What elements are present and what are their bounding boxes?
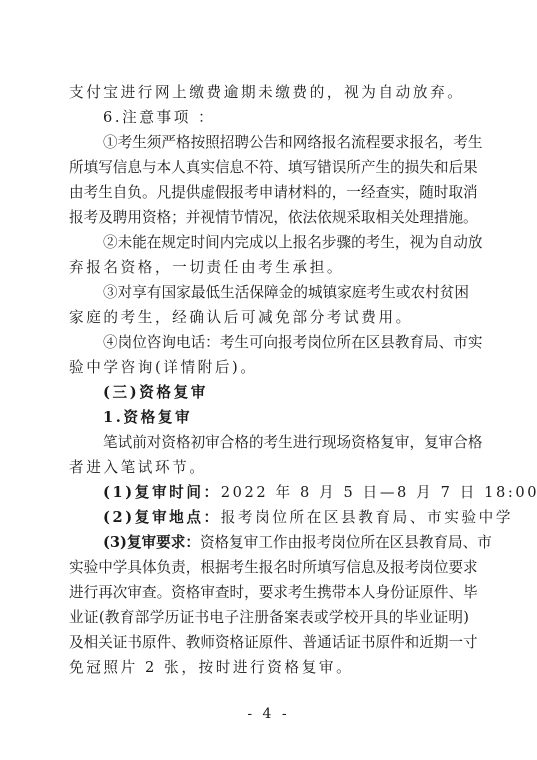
bold-heading: (1)复审时间： [103,484,221,501]
text-line: 1.资格复审 [69,405,469,430]
line-text: 资格复审工作由报考岗位所在区县教育局、市 [200,534,492,551]
text-line: 由考生自负。凡提供虚假报考申请材料的，一经查实，随时取消 [69,180,469,205]
bold-heading: 1.资格复审 [103,409,192,426]
text-line: (3)复审要求：资格复审工作由报考岗位所在区县教育局、市 [69,530,469,555]
line-text: 报考岗位所在区县教育局、市实验中学 [221,509,513,526]
line-text: 验中学咨询(详情附后)。 [69,359,258,376]
line-text: 进行再次审查。资格审查时，要求考生携带本人身份证原件、毕 [69,584,478,601]
text-line: 支付宝进行网上缴费逾期未缴费的，视为自动放弃。 [69,80,469,105]
line-text: 及相关证书原件、教师资格证原件、普通话证书原件和近期一寸 [69,634,478,651]
text-line: ①考生须严格按照招聘公告和网络报名流程要求报名，考生 [69,130,469,155]
line-text: 家庭的考生，经确认后可减免部分考试费用。 [69,309,413,326]
line-text: 弃报名资格，一切责任由考生承担。 [69,259,344,276]
document-body: 支付宝进行网上缴费逾期未缴费的，视为自动放弃。6.注意事项 ：①考生须严格按照招… [69,80,469,680]
line-text: 6.注意事项 ： [103,109,215,126]
text-line: ④岗位咨询电话：考生可向报考岗位所在区县教育局、市实 [69,330,469,355]
text-line: 家庭的考生，经确认后可减免部分考试费用。 [69,305,469,330]
line-text: ②未能在规定时间内完成以上报名步骤的考生，视为自动放 [103,234,482,251]
line-text: 由考生自负。凡提供虚假报考申请材料的，一经查实，随时取消 [69,184,478,201]
line-text: 者进入笔试环节。 [69,459,207,476]
line-text: ④岗位咨询电话：考生可向报考岗位所在区县教育局、市实 [103,334,482,351]
text-line: 进行再次审查。资格审查时，要求考生携带本人身份证原件、毕 [69,580,469,605]
text-line: 报考及聘用资格；并视情节情况，依法依规采取相关处理措施。 [69,205,469,230]
line-text: ①考生须严格按照招聘公告和网络报名流程要求报名，考生 [103,134,482,151]
text-line: 及相关证书原件、教师资格证原件、普通话证书原件和近期一寸 [69,630,469,655]
text-line: (三)资格复审 [69,380,469,405]
text-line: 业证(教育部学历证书电子注册备案表或学校开具的毕业证明) [69,605,469,630]
text-line: 所填写信息与本人真实信息不符、填写错误所产生的损失和后果 [69,155,469,180]
text-line: 实验中学具体负责，根据考生报名时所填写信息及报考岗位要求 [69,555,469,580]
line-text: 实验中学具体负责，根据考生报名时所填写信息及报考岗位要求 [69,559,478,576]
line-text: ③对享有国家最低生活保障金的城镇家庭考生或农村贫困 [103,284,469,301]
text-line: (1)复审时间：2022 年 8 月 5 日—8 月 7 日 18:00 前 [69,480,469,505]
page-number: - 4 - [0,706,537,722]
line-text: 免冠照片 2 张，按时进行资格复审。 [69,659,353,676]
line-text: 支付宝进行网上缴费逾期未缴费的，视为自动放弃。 [69,84,464,101]
text-line: 笔试前对资格初审合格的考生进行现场资格复审，复审合格 [69,430,469,455]
text-line: ②未能在规定时间内完成以上报名步骤的考生，视为自动放 [69,230,469,255]
text-line: 免冠照片 2 张，按时进行资格复审。 [69,655,469,680]
line-text: 业证(教育部学历证书电子注册备案表或学校开具的毕业证明) [69,609,469,626]
bold-heading: (3)复审要求： [103,534,200,551]
text-line: 弃报名资格，一切责任由考生承担。 [69,255,469,280]
text-line: 6.注意事项 ： [69,105,469,130]
line-text: 所填写信息与本人真实信息不符、填写错误所产生的损失和后果 [69,159,478,176]
text-line: (2)复审地点：报考岗位所在区县教育局、市实验中学 [69,505,469,530]
text-line: 验中学咨询(详情附后)。 [69,355,469,380]
line-text: 2022 年 8 月 5 日—8 月 7 日 18:00 前 [221,484,537,501]
line-text: 笔试前对资格初审合格的考生进行现场资格复审，复审合格 [103,434,482,451]
text-line: 者进入笔试环节。 [69,455,469,480]
bold-heading: (三)资格复审 [103,384,208,401]
line-text: 报考及聘用资格；并视情节情况，依法依规采取相关处理措施。 [69,209,478,226]
text-line: ③对享有国家最低生活保障金的城镇家庭考生或农村贫困 [69,280,469,305]
bold-heading: (2)复审地点： [103,509,221,526]
